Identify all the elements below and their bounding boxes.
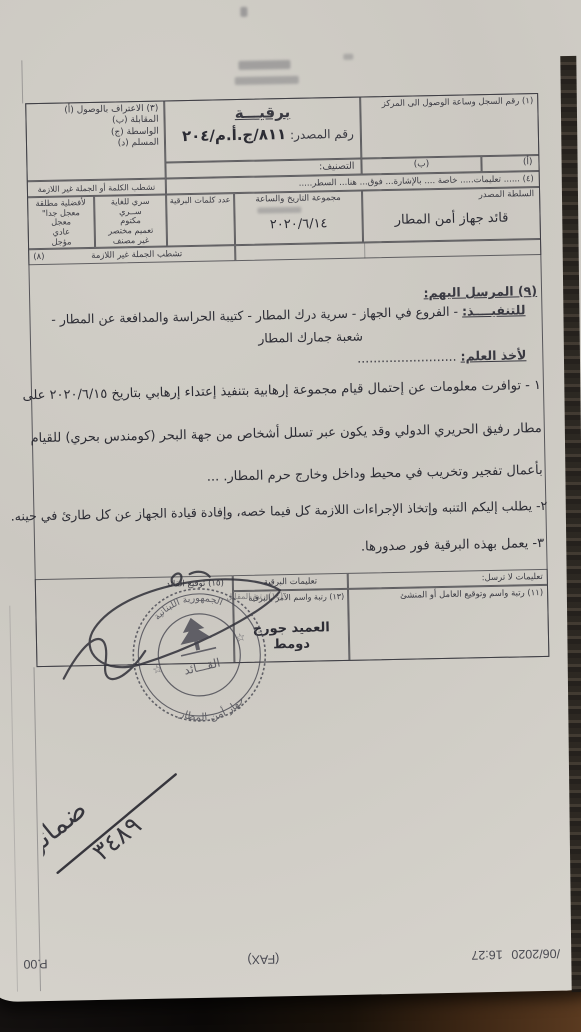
document-content: (١) رقم السجل وساعة الوصول الى المركز بر… [0,0,581,1002]
datetime-label: مجموعة التاريخ والساعة [235,193,361,206]
airport-security-stamp: القـــائد ☆ ☆ الجمهورية اللبنانية جهاز أ… [128,584,271,727]
cell-no-send-field: (١١) رتبة واسم وتوقيع العامل أو المنشئ [348,585,549,661]
cell-a-label: (أ) [523,157,533,168]
crossout-footer-label: تشطب الجملة غير اللازمة [43,248,230,262]
cell-secrecy-options: سري للغاية ســري مكتوم تعميم مختصر غير م… [94,194,167,247]
stamp-center-text: القـــائد [182,656,221,678]
no-send-field-label: (١١) رتبة واسم وتوقيع العامل أو المنشئ [353,588,543,602]
fax-footer-line: P.00 (FAX) 16:27 /06/2020 [9,940,581,978]
smudge-mark [238,60,290,70]
paper-fold-line [9,606,18,992]
smudge-mark [257,207,301,214]
cedar-tree-icon [173,614,216,657]
stamp-outer-ring [128,584,271,727]
handwritten-number: ٣٤٨٩ [87,810,147,866]
source-number-value: ٨١١/ج.أ.م/٢٠٤ [182,125,287,145]
star-icon: ☆ [234,630,247,645]
priority-option: مؤجل [30,237,93,248]
smudge-mark [343,54,353,60]
source-authority-label: السلطة المصدر [479,189,535,201]
fax-date: /06/2020 [511,945,560,962]
cell-priority-options: لأفضلية مطلقة معجل جدا" معجل عادي مؤجل [27,196,95,249]
svg-text:الجمهورية اللبنانية: الجمهورية اللبنانية [149,586,226,624]
source-number-label: رقم المصدر: [290,127,354,142]
word-count-label: عدد كلمات البرقية [168,195,232,206]
source-number-line: رقم المصدر: ٨١١/ج.أ.م/٢٠٤ [182,124,354,146]
cell-divider [364,243,365,258]
telegram-title: برقيـــة [165,102,359,125]
cell-register-number: (١) رقم السجل وساعة الوصول الى المركز [360,93,539,159]
crossout-footer-number: (٨) [33,252,44,263]
cell-telegram-title: برقيـــة رقم المصدر: ٨١١/ج.أ.م/٢٠٤ [164,97,361,163]
cell-datetime-group: مجموعة التاريخ والساعة ٢٠٢٠/٦/١٤ [234,191,363,246]
no-send-label: تعليمات لا ترسل: [482,572,543,584]
cell-a: (أ) [481,155,539,172]
handwritten-note: ضمائن ٣٤٨٩ [41,744,214,892]
star-icon: ☆ [151,662,164,677]
fax-time: 16:27 [471,946,503,962]
ink-dot [240,7,247,17]
stamp-bottom-arc-text: جهاز أمن المطار [175,692,250,726]
cell-source-authority: السلطة المصدر قائد جهاز أمن المطار [362,187,541,243]
ack-line: المسلم (د) [31,137,159,151]
secrecy-option: غير مصنف [97,235,165,246]
margin-line [21,60,23,103]
cell-word-count: عدد كلمات البرقية [166,193,235,246]
cell-b-label: (ب) [362,158,480,172]
source-authority-value: قائد جهاز أمن المطار [363,210,539,230]
photo-background: (١) رقم السجل وساعة الوصول الى المركز بر… [0,0,581,1032]
execute-value-2: شعبة جمارك المطار [258,329,363,347]
execute-label: للتنفيــــذ: [462,302,526,318]
register-number-label: (١) رقم السجل وساعة الوصول الى المركز [365,96,533,110]
fax-paper: (١) رقم السجل وساعة الوصول الى المركز بر… [0,0,581,1002]
stamp-top-arc-text: الجمهورية اللبنانية [149,586,226,624]
svg-text:جهاز أمن المطار: جهاز أمن المطار [175,692,250,726]
cell-acknowledgement: (٣) الاعتراف بالوصول (أ) المقابلة (ب) ال… [25,100,166,181]
addressee-heading: (٩) المرسل اليهم: [423,283,537,301]
margin-line [34,667,42,991]
fax-label: (FAX) [247,950,279,966]
info-label: لأخذ العلم: [460,347,526,363]
classification-label: التصنيف: [319,161,355,174]
crossout-header-label: تشطب الكلمة أو الجملة غير اللازمة [29,183,164,196]
fax-page-number: P.00 [23,955,47,971]
handwritten-word: ضمائن [41,794,93,865]
smudge-mark [235,76,299,85]
info-dots: ......................... [357,349,457,366]
datetime-value: ٢٠٢٠/٦/١٤ [236,216,362,235]
